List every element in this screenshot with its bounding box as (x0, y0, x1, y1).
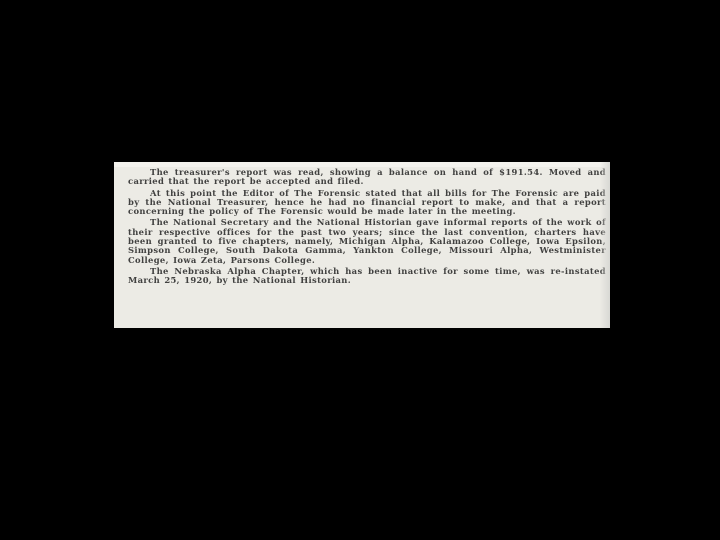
paragraph-nebraska-alpha: The Nebraska Alpha Chapter, which has be… (128, 267, 606, 286)
newspaper-clipping: The treasurer's report was read, showing… (114, 162, 610, 328)
paragraph-treasurer-report: The treasurer's report was read, showing… (128, 168, 606, 187)
paragraph-editor-statement: At this point the Editor of The Forensic… (128, 189, 606, 217)
paragraph-secretary-historian-reports: The National Secretary and the National … (128, 218, 606, 264)
